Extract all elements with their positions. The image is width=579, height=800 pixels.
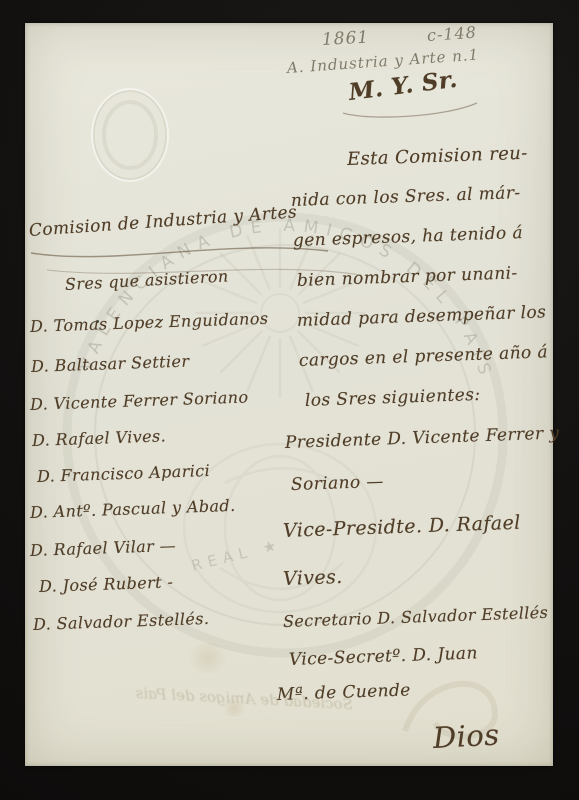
appointment-line: Secretario D. Salvador Estellés [283, 603, 549, 631]
margin-subheading: Sres que asistieron [65, 266, 230, 294]
attendee-line: D. Antº. Pascual y Abad. [30, 496, 236, 522]
salutation: M. Y. Sr. [347, 66, 459, 106]
attendee-line: D. Baltasar Settier [31, 351, 190, 376]
body-line: nida con los Sres. al már- [291, 183, 521, 211]
attendee-line: D. José Rubert - [39, 572, 174, 596]
margin-heading: Comision de Industria y Artes [28, 202, 297, 241]
body-line: gen espresos, ha tenido á [293, 223, 524, 251]
appointment-line: Presidente D. Vicente Ferrer y [285, 423, 560, 453]
paper-stain [221, 699, 247, 717]
attendee-line: D. Tomas Lopez Enguidanos [30, 309, 269, 336]
body-line: los Sres siguientes: [305, 385, 481, 411]
document-paper: VALENCIANA DE AMIGOS DEL PAIS REAL ★ 186… [25, 23, 553, 766]
body-line: midad para desempeñar los [297, 302, 547, 331]
paper-stain [185, 643, 231, 673]
attendee-line: D. Salvador Estellés. [33, 609, 210, 634]
attendee-line: D. Rafael Vilar — [30, 536, 177, 560]
attendee-line: D. Rafael Vives. [32, 426, 167, 450]
scanned-document: VALENCIANA DE AMIGOS DEL PAIS REAL ★ 186… [0, 0, 579, 800]
body-line: cargos en el presente año á [299, 342, 549, 371]
pencil-annotation-year: 1861 [321, 28, 369, 50]
appointment-line: Vice-Secretº. D. Juan [289, 643, 478, 670]
ink-speck [96, 320, 99, 323]
appointment-line: Soriano — [291, 472, 384, 495]
pencil-annotation-ref: c-148 [426, 23, 477, 45]
body-line: Esta Comision reu- [347, 143, 528, 170]
seal-inner-text: REAL ★ [190, 535, 284, 575]
attendee-line: D. Vicente Ferrer Soriano [30, 387, 249, 414]
closing-word: Dios [432, 718, 500, 755]
blind-stamp-icon [92, 89, 168, 181]
attendee-line: D. Francisco Aparici [37, 461, 211, 486]
appointment-line: Vice-Presidte. D. Rafael [283, 512, 521, 542]
salutation-flourish [343, 103, 477, 117]
appointment-line: Vives. [283, 566, 343, 590]
body-line: bien nombrar por unani- [297, 263, 518, 291]
